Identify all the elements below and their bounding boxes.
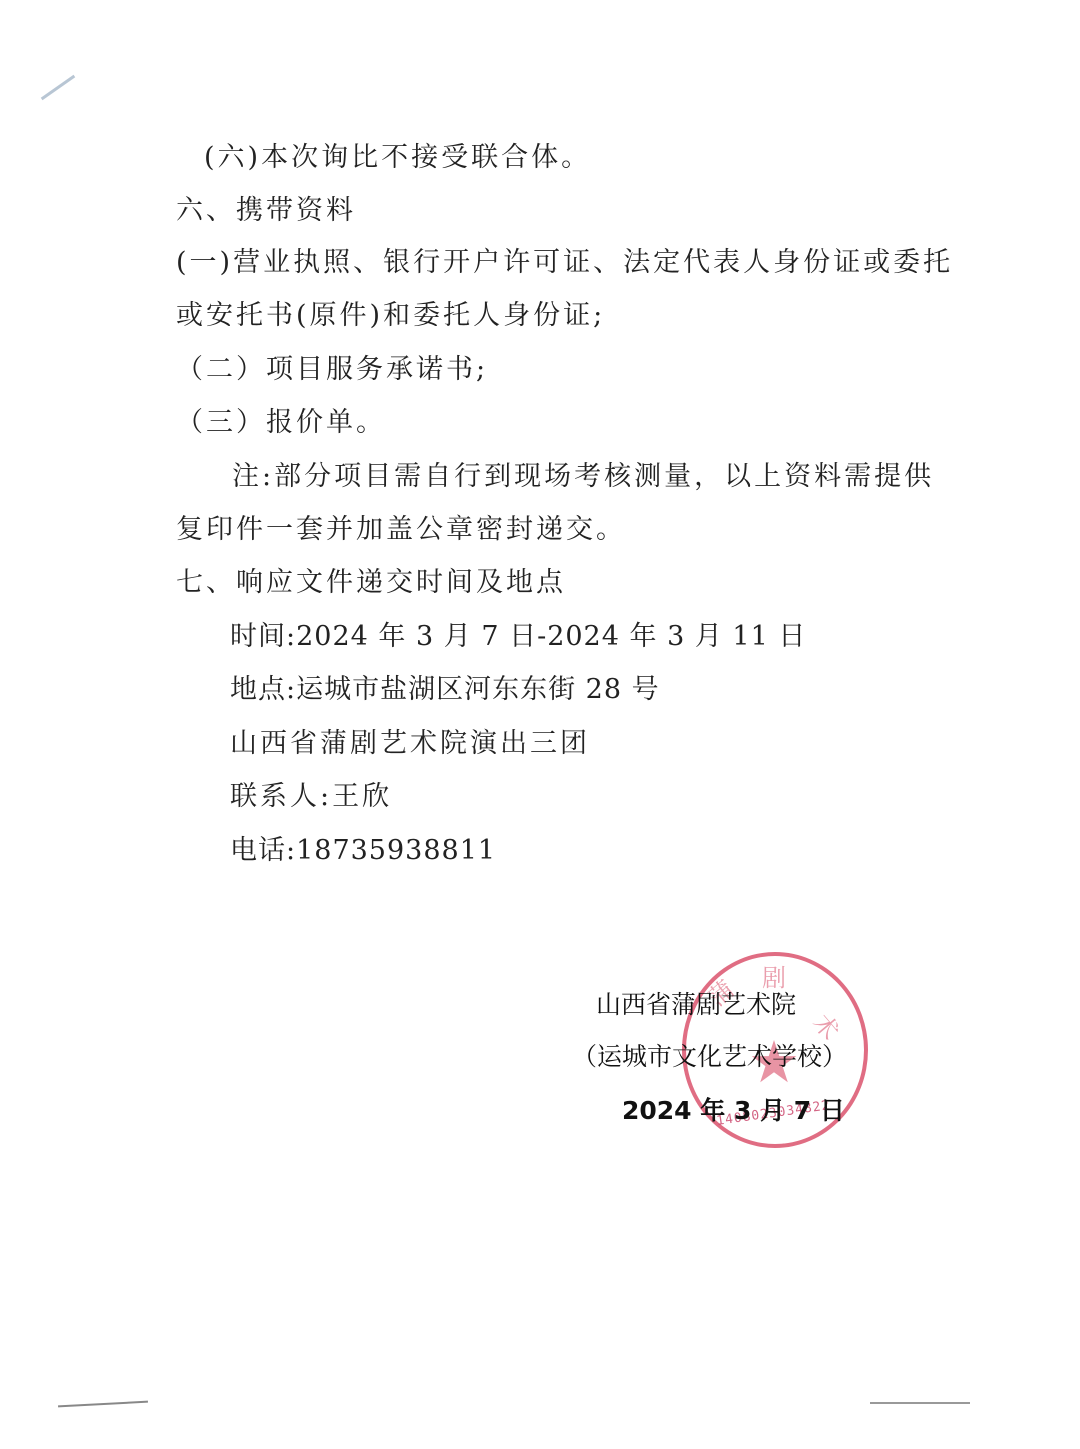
scan-mark-bottom-left [58, 1401, 148, 1408]
clause-6-6: (六)本次询比不接受联合体。 [204, 140, 591, 176]
material-3: （三）报价单。 [176, 405, 386, 441]
section-6-heading: 六、携带资料 [176, 193, 356, 229]
material-1-line2: 或安托书(原件)和委托人身份证; [176, 298, 605, 334]
signature-org: 山西省蒲剧艺术院 [596, 988, 796, 1022]
signature-date: 2024 年 3 月 7 日 [622, 1094, 845, 1128]
contact-phone: 电话:18735938811 [230, 833, 496, 869]
signature-org-alt: （运城市文化艺术学校） [572, 1040, 847, 1074]
location-org: 山西省蒲剧艺术院演出三团 [230, 726, 590, 762]
material-2: （二）项目服务承诺书; [176, 352, 488, 388]
contact-person: 联系人:王欣 [230, 779, 392, 815]
note-line1: 注:部分项目需自行到现场考核测量，以上资料需提供 [232, 459, 934, 495]
submission-time: 时间:2024 年 3 月 7 日-2024 年 3 月 11 日 [230, 619, 806, 655]
submission-location: 地点:运城市盐湖区河东东街 28 号 [230, 672, 660, 708]
scan-mark-bottom-right [870, 1402, 970, 1404]
scan-mark-top-left [41, 75, 75, 100]
note-line2: 复印件一套并加盖公章密封递交。 [176, 512, 626, 548]
section-7-heading: 七、响应文件递交时间及地点 [176, 565, 566, 601]
material-1-line1: (一)营业执照、银行开户许可证、法定代表人身份证或委托 [176, 245, 953, 281]
